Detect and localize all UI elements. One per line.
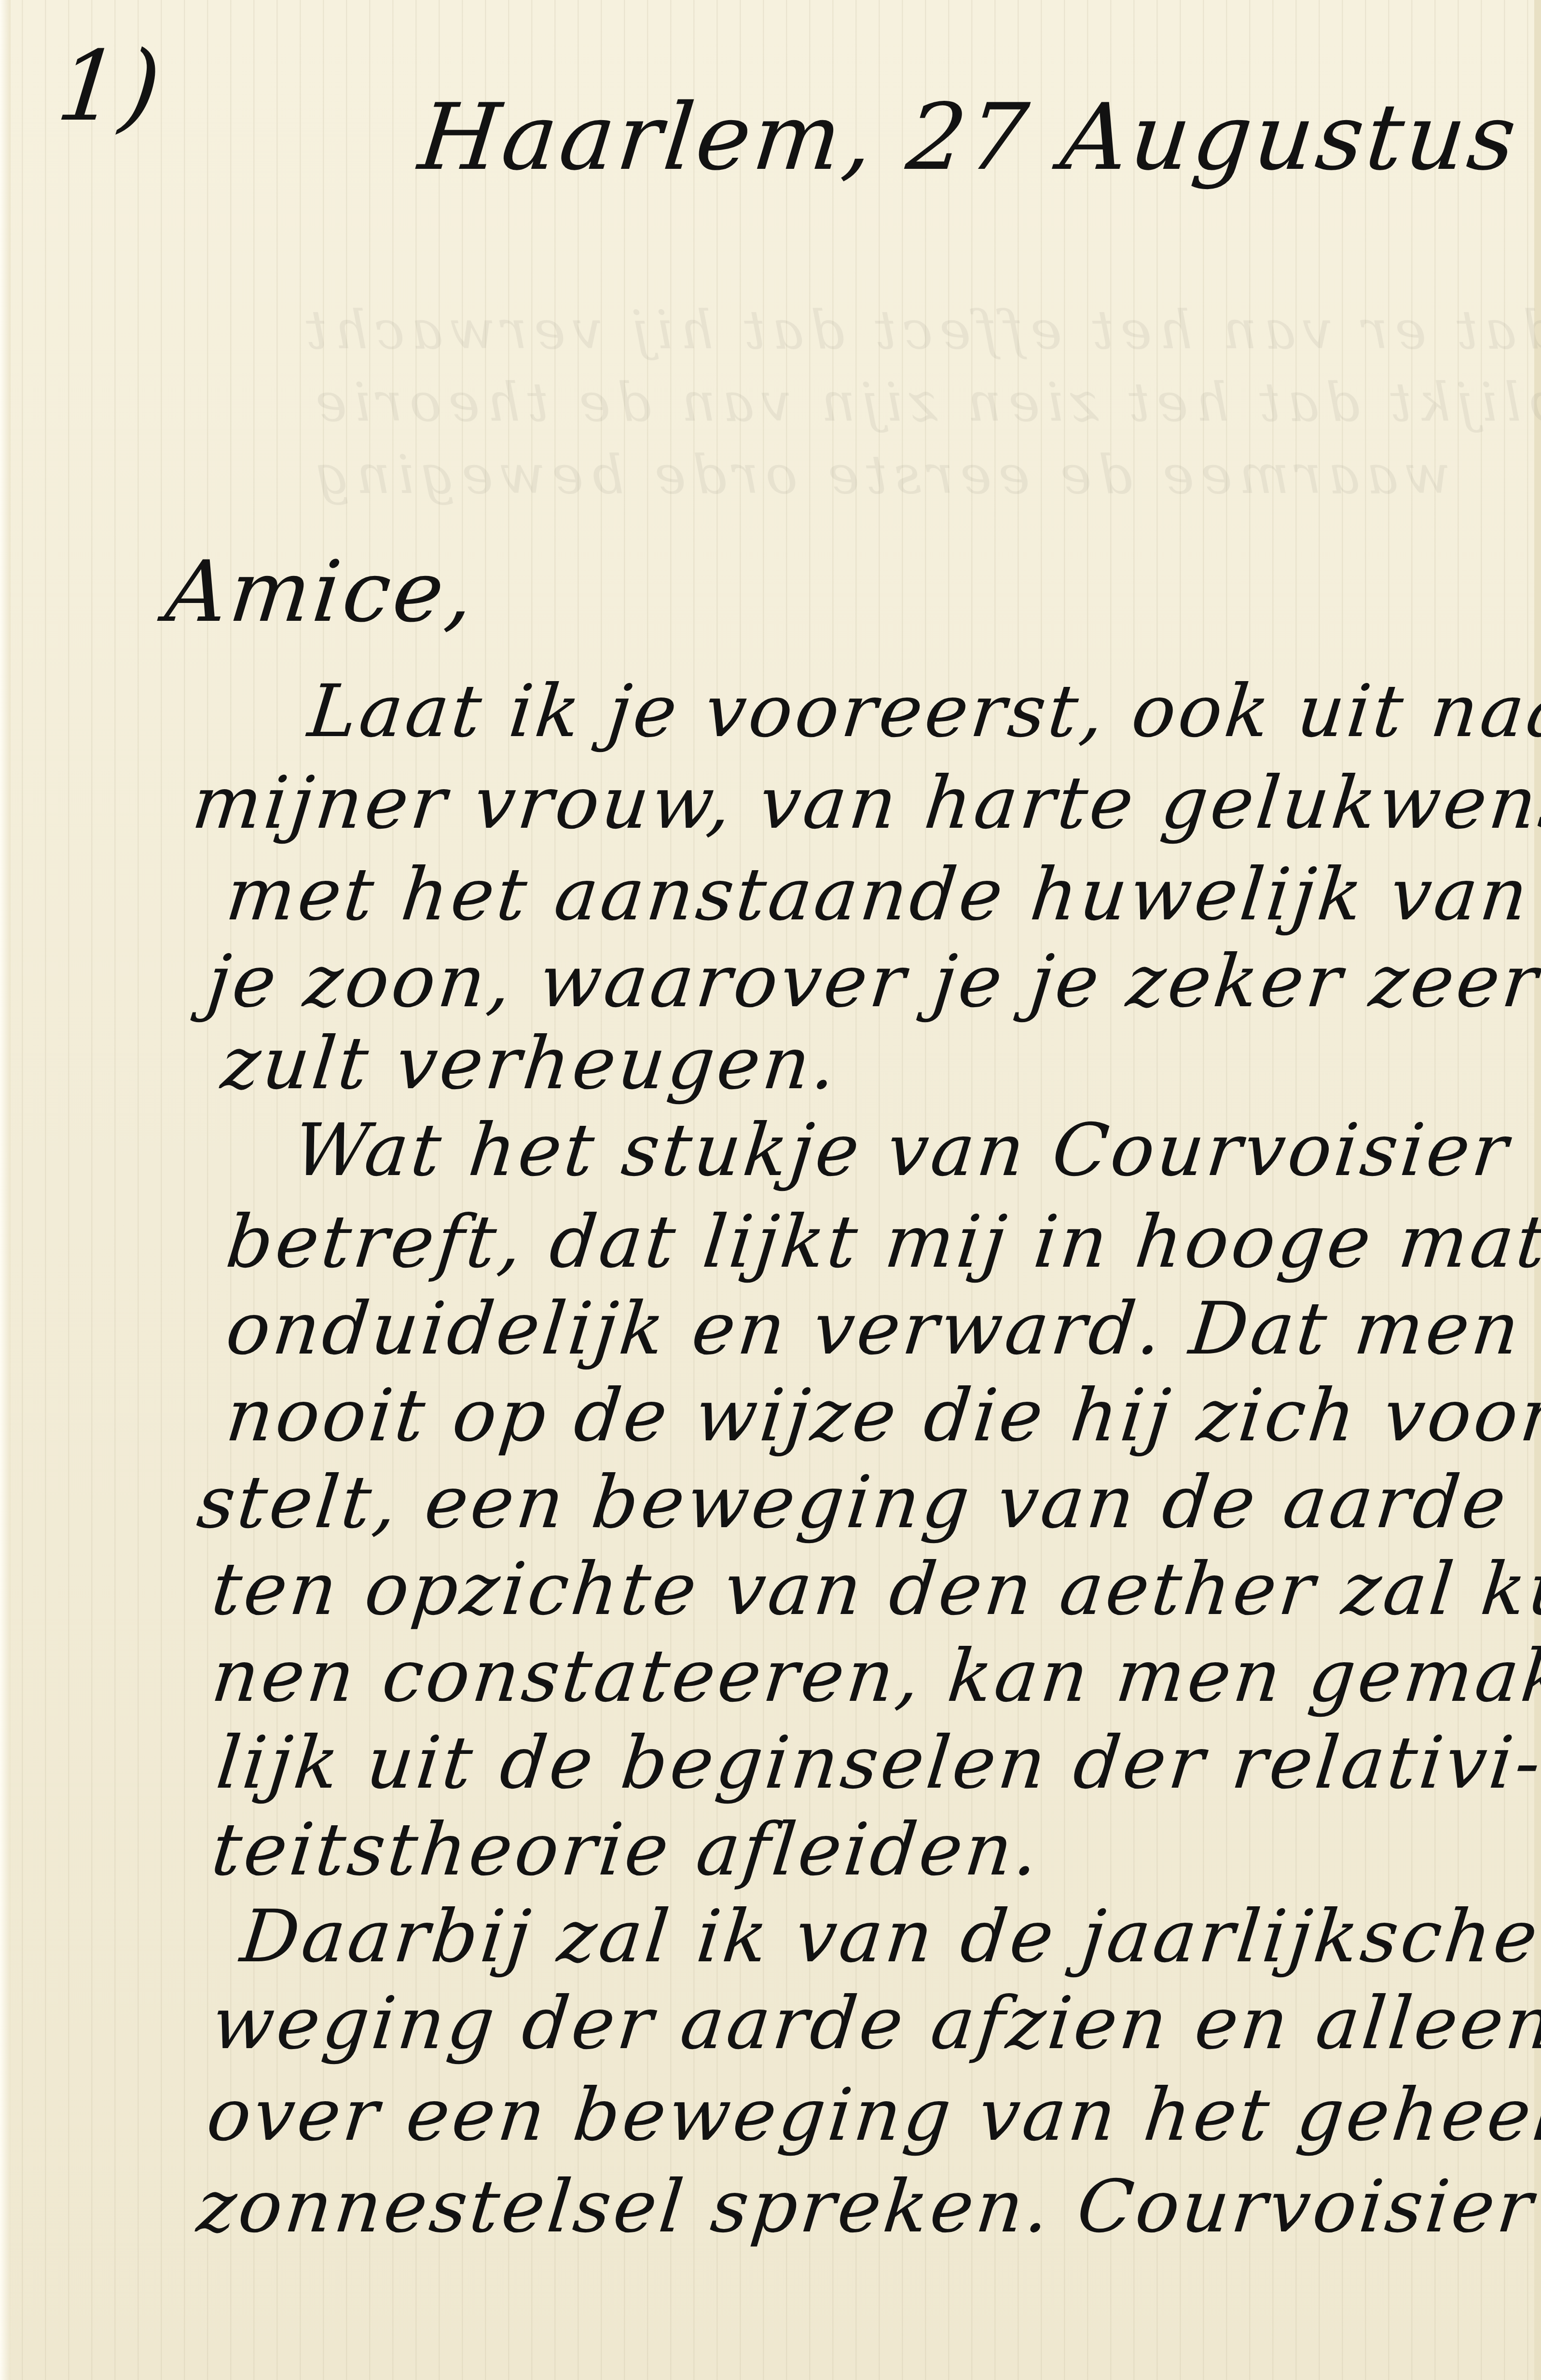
- letter-line: zult verheugen.: [218, 1027, 842, 1100]
- letter-line: teitstheorie afleiden.: [208, 1814, 1045, 1886]
- bleed-through-line: waarmee de eerste orde beweging: [309, 444, 1450, 506]
- letter-line: over een beweging van het geheele: [204, 2079, 1541, 2151]
- letter-line: weging der aarde afzien en alleen: [208, 1987, 1541, 2060]
- salutation: Amice,: [162, 550, 481, 634]
- paper-edge-left: [0, 0, 11, 2380]
- letter-line: lijk uit de beginselen der relativi-: [213, 1727, 1541, 1799]
- bleed-through-line: blijkt dat het zien zijn van de theorie: [309, 371, 1541, 433]
- letter-line: zonnestelsel spreken. Courvoisier zegt: [194, 2171, 1541, 2243]
- letter-line: je zoon, waarover je je zeker zeer: [204, 945, 1541, 1018]
- letter-line: betreft, dat lijkt mij in hooge mate: [223, 1206, 1541, 1278]
- letter-line: Wat het stukje van Courvoisier: [290, 1114, 1514, 1187]
- letter-line: Daarbij zal ik van de jaarlijksche be-: [237, 1901, 1541, 1973]
- dateline: Haarlem, 27 Augustus 1921.: [415, 92, 1541, 183]
- bleed-through-line: ht dat er van het effect dat hij verwach…: [299, 299, 1541, 361]
- letter-line: nooit op de wijze die hij zich voor-: [223, 1380, 1541, 1452]
- letter-line: ten opzichte van den aether zal kun-: [208, 1553, 1541, 1626]
- letter-line: mijner vrouw, van harte gelukwenschen: [189, 767, 1541, 839]
- letter-line: stelt, een beweging van de aarde: [194, 1466, 1512, 1539]
- letter-line: met het aanstaande huwelijk van: [223, 859, 1534, 931]
- page-marker: 1): [53, 39, 167, 135]
- letter-line: nen constateeren, kan men gemakke-: [208, 1640, 1541, 1712]
- letter-page: ht dat er van het effect dat hij verwach…: [0, 0, 1541, 2380]
- letter-line: onduidelijk en verward. Dat men: [223, 1293, 1526, 1365]
- letter-line: Laat ik je vooreerst, ook uit naam: [305, 675, 1541, 748]
